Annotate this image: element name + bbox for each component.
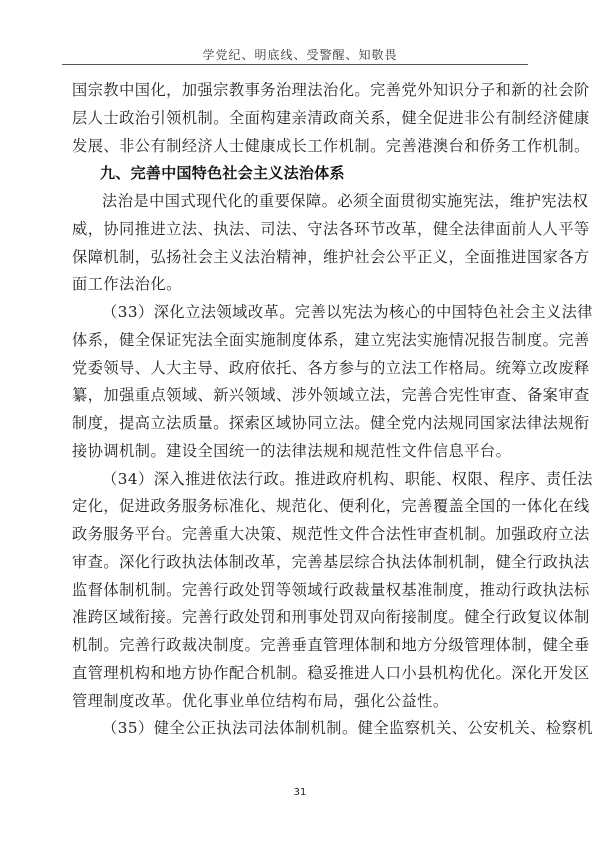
running-header: 学党纪、明底线、受警醒、知敬畏 — [0, 46, 600, 63]
text-line: 直管理机构和地方协作配合机制。稳妥推进人口小县机构优化。深化开发区 — [72, 660, 528, 688]
text-line: 准跨区域衔接。完善行政处罚和刑事处罚双向衔接制度。健全行政复议体制 — [72, 604, 528, 632]
text-line: 发展、非公有制经济人士健康成长工作机制。完善港澳台和侨务工作机制。 — [72, 133, 528, 161]
text-line: 制度，提高立法质量。探索区域协同立法。健全党内法规同国家法律法规衔 — [72, 410, 528, 438]
text-line: （33）深化立法领域改革。完善以宪法为核心的中国特色社会主义法律 — [72, 299, 528, 327]
text-line: 体系，健全保证宪法全面实施制度体系，建立宪法实施情况报告制度。完善 — [72, 327, 528, 355]
text-line: 审查。深化行政执法体制改革，完善基层综合执法体制机制，健全行政执法 — [72, 549, 528, 577]
text-line: 接协调机制。建设全国统一的法律法规和规范性文件信息平台。 — [72, 438, 528, 466]
paragraph-35: （35）健全公正执法司法体制机制。健全监察机关、公安机关、检察机 — [72, 715, 528, 743]
text-line: 党委领导、人大主导、政府依托、各方参与的立法工作格局。统筹立改废释 — [72, 355, 528, 383]
text-line: 定化，促进政务服务标准化、规范化、便利化，完善覆盖全国的一体化在线 — [72, 493, 528, 521]
text-line: 层人士政治引领机制。全面构建亲清政商关系，健全促进非公有制经济健康 — [72, 105, 528, 133]
document-body: 国宗教中国化，加强宗教事务治理法治化。完善党外知识分子和新的社会阶 层人士政治引… — [72, 77, 528, 743]
text-line: 威，协同推进立法、执法、司法、守法各环节改革，健全法律面前人人平等 — [72, 216, 528, 244]
continuation-paragraph: 国宗教中国化，加强宗教事务治理法治化。完善党外知识分子和新的社会阶 层人士政治引… — [72, 77, 528, 160]
text-line: 法治是中国式现代化的重要保障。必须全面贯彻实施宪法，维护宪法权 — [72, 188, 528, 216]
intro-paragraph: 法治是中国式现代化的重要保障。必须全面贯彻实施宪法，维护宪法权 威，协同推进立法… — [72, 188, 528, 299]
text-line: （35）健全公正执法司法体制机制。健全监察机关、公安机关、检察机 — [72, 715, 528, 743]
page-number: 31 — [0, 787, 600, 798]
text-line: 机制。完善行政裁决制度。完善垂直管理体制和地方分级管理体制，健全垂 — [72, 632, 528, 660]
section-heading: 九、完善中国特色社会主义法治体系 — [72, 160, 528, 188]
text-line: 保障机制，弘扬社会主义法治精神，维护社会公平正义，全面推进国家各方 — [72, 244, 528, 272]
text-line: 政务服务平台。完善重大决策、规范性文件合法性审查机制。加强政府立法 — [72, 521, 528, 549]
text-line: 管理制度改革。优化事业单位结构布局，强化公益性。 — [72, 688, 528, 716]
text-line: 国宗教中国化，加强宗教事务治理法治化。完善党外知识分子和新的社会阶 — [72, 77, 528, 105]
text-line: 监督体制机制。完善行政处罚等领域行政裁量权基准制度，推动行政执法标 — [72, 577, 528, 605]
text-line: 纂，加强重点领域、新兴领域、涉外领域立法，完善合宪性审查、备案审查 — [72, 382, 528, 410]
text-line: 面工作法治化。 — [72, 271, 528, 299]
header-divider — [62, 64, 528, 65]
paragraph-34: （34）深入推进依法行政。推进政府机构、职能、权限、程序、责任法 定化，促进政务… — [72, 466, 528, 716]
text-line: （34）深入推进依法行政。推进政府机构、职能、权限、程序、责任法 — [72, 466, 528, 494]
paragraph-33: （33）深化立法领域改革。完善以宪法为核心的中国特色社会主义法律 体系，健全保证… — [72, 299, 528, 466]
document-page: 学党纪、明底线、受警醒、知敬畏 国宗教中国化，加强宗教事务治理法治化。完善党外知… — [0, 0, 600, 848]
